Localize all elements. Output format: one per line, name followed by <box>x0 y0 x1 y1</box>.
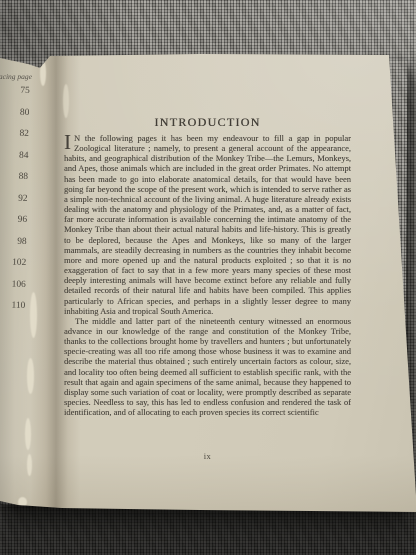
plate-page-number: 96 <box>0 209 27 232</box>
paper-crease-chip <box>30 292 37 338</box>
plate-page-number: 110 <box>0 295 25 318</box>
plate-page-number: 75 <box>0 80 30 103</box>
plate-page-number: 82 <box>0 123 29 146</box>
paragraph-1-text: N the following pages it has been my end… <box>64 133 351 316</box>
plate-page-number-list: 75 80 82 84 88 92 96 98 102 106 110 <box>0 80 30 318</box>
plate-page-number: 92 <box>0 187 28 210</box>
plate-page-number: 88 <box>0 166 28 189</box>
plate-page-number: 102 <box>0 252 26 275</box>
paper-crease-chip <box>63 84 69 118</box>
book-photograph: Facing page 75 80 82 84 88 92 96 98 102 … <box>0 0 416 555</box>
paper-crease-chip <box>27 454 32 476</box>
plate-page-number: 84 <box>0 144 29 167</box>
paragraph-1: IN the following pages it has been my en… <box>64 133 351 316</box>
paper-crease-chip <box>25 418 31 450</box>
paper-crease-chip <box>27 358 34 394</box>
body-text: IN the following pages it has been my en… <box>64 133 351 454</box>
plate-page-number: 80 <box>0 101 30 124</box>
plate-page-number: 106 <box>0 273 26 296</box>
open-book: Facing page 75 80 82 84 88 92 96 98 102 … <box>0 0 416 555</box>
page-number-folio: ix <box>64 451 351 461</box>
plate-page-number: 98 <box>0 230 27 253</box>
drop-cap: I <box>64 133 74 151</box>
chapter-title: INTRODUCTION <box>64 115 351 130</box>
paragraph-2: The middle and latter part of the ninete… <box>64 316 351 418</box>
